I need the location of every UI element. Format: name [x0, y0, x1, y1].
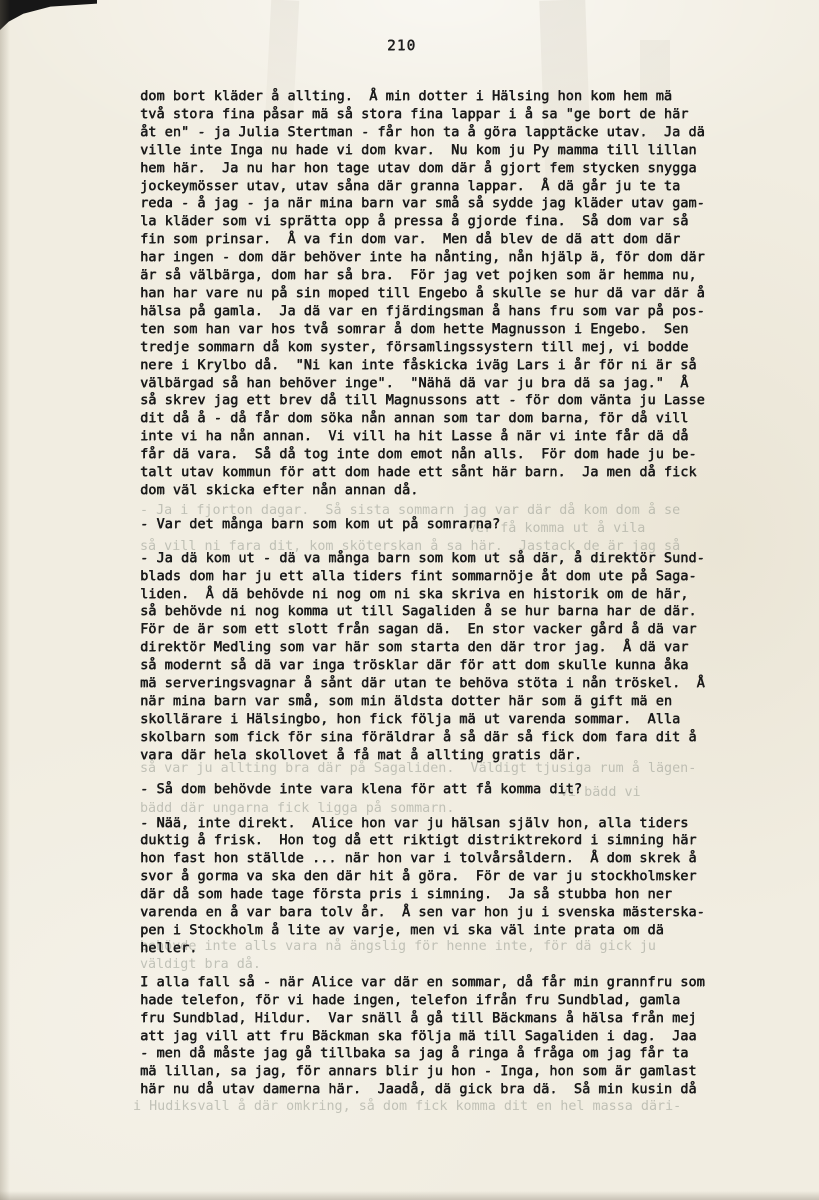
scan-edge-shadow-bottom [0, 1191, 819, 1200]
scan-edge-shadow-left [0, 0, 10, 1200]
typed-text-column: dom bort kläder å allting. Å min dotter … [140, 88, 712, 1115]
page-number: 210 [387, 38, 416, 54]
scan-artifact-corner [0, 0, 97, 30]
answer-paragraph: - Ja dä kom ut - dä va många barn som ko… [140, 550, 712, 765]
interviewer-question: - Var det många barn som kom ut på somra… [140, 516, 712, 534]
interviewer-question: - Så dom behövde inte vara klena för att… [140, 781, 712, 799]
scanned-page: 210 - Ja i fjorton dagar. Så sista somma… [0, 0, 819, 1200]
answer-paragraph: - Nää, inte direkt. Alice hon var ju häl… [140, 815, 712, 958]
answer-paragraph: dom bort kläder å allting. Å min dotter … [140, 88, 712, 500]
answer-paragraph: I alla fall så - när Alice var där en so… [140, 974, 712, 1099]
